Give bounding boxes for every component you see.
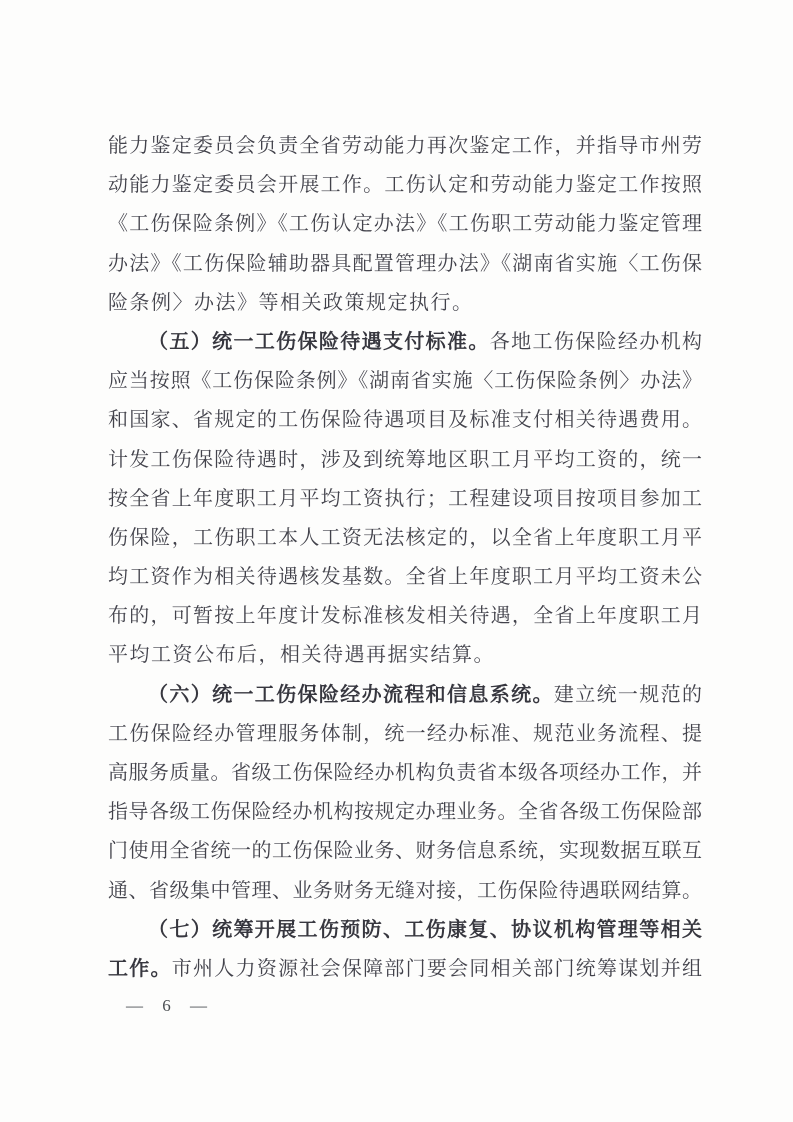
section-heading-text: （五）统一工伤保险待遇支付标准。 [148, 331, 490, 353]
page-number: — 6 — [126, 996, 208, 1016]
body-text: 按全省上年度职工月平均工资执行；工程建设项目按项目参加工 [108, 488, 702, 510]
text-line: 和国家、省规定的工伤保险待遇项目及标准支付相关待遇费用。 [108, 401, 702, 440]
text-line: 布的，可暂按上年度计发标准核发相关待遇，全省上年度职工月 [108, 597, 702, 636]
body-text: 能力鉴定委员会负责全省劳动能力再次鉴定工作，并指导市州劳 [108, 135, 702, 157]
body-text: 和国家、省规定的工伤保险待遇项目及标准支付相关待遇费用。 [108, 409, 702, 431]
section-heading-text: 工作。 [108, 958, 172, 980]
text-line: 动能力鉴定委员会开展工作。工伤认定和劳动能力鉴定工作按照 [108, 166, 702, 205]
text-line: 能力鉴定委员会负责全省劳动能力再次鉴定工作，并指导市州劳 [108, 127, 702, 166]
text-line: 均工资作为相关待遇核发基数。全省上年度职工月平均工资未公 [108, 558, 702, 597]
text-line: （五）统一工伤保险待遇支付标准。各地工伤保险经办机构 [108, 323, 702, 362]
body-text: 布的，可暂按上年度计发标准核发相关待遇，全省上年度职工月 [108, 605, 702, 627]
body-text: 《工伤保险条例》《工伤认定办法》《工伤职工劳动能力鉴定管理 [108, 213, 702, 235]
body-text: 动能力鉴定委员会开展工作。工伤认定和劳动能力鉴定工作按照 [108, 174, 702, 196]
section-heading-text: （七）统筹开展工伤预防、工伤康复、协议机构管理等相关 [148, 919, 702, 941]
body-text: 门使用全省统一的工伤保险业务、财务信息系统，实现数据互联互 [108, 840, 702, 862]
text-line: 《工伤保险条例》《工伤认定办法》《工伤职工劳动能力鉴定管理 [108, 205, 702, 244]
document-body: 能力鉴定委员会负责全省劳动能力再次鉴定工作，并指导市州劳动能力鉴定委员会开展工作… [108, 127, 702, 989]
body-text: 均工资作为相关待遇核发基数。全省上年度职工月平均工资未公 [108, 566, 702, 588]
body-text: 办法》《工伤保险辅助器具配置管理办法》《湖南省实施〈工伤保 [108, 253, 702, 275]
body-text: 高服务质量。省级工伤保险经办机构负责省本级各项经办工作，并 [108, 762, 702, 784]
body-text: 平均工资公布后，相关待遇再据实结算。 [108, 644, 495, 666]
text-line: 通、省级集中管理、业务财务无缝对接，工伤保险待遇联网结算。 [108, 872, 702, 911]
body-text: 应当按照《工伤保险条例》《湖南省实施〈工伤保险条例〉办法》 [108, 370, 702, 392]
text-line: 高服务质量。省级工伤保险经办机构负责省本级各项经办工作，并 [108, 754, 702, 793]
text-line: 工伤保险经办管理服务体制，统一经办标准、规范业务流程、提 [108, 715, 702, 754]
text-line: 伤保险，工伤职工本人工资无法核定的，以全省上年度职工月平 [108, 519, 702, 558]
text-line: 办法》《工伤保险辅助器具配置管理办法》《湖南省实施〈工伤保 [108, 245, 702, 284]
body-text: 各地工伤保险经办机构 [490, 331, 702, 353]
body-text: 伤保险，工伤职工本人工资无法核定的，以全省上年度职工月平 [108, 527, 702, 549]
text-line: 计发工伤保险待遇时，涉及到统筹地区职工月平均工资的，统一 [108, 441, 702, 480]
body-text: 指导各级工伤保险经办机构按规定办理业务。全省各级工伤保险部 [108, 801, 702, 823]
text-line: 门使用全省统一的工伤保险业务、财务信息系统，实现数据互联互 [108, 832, 702, 871]
body-text: 市州人力资源社会保障部门要会同相关部门统筹谋划并组 [172, 958, 702, 980]
body-text: 险条例〉办法》等相关政策规定执行。 [108, 292, 474, 314]
body-text: 通、省级集中管理、业务财务无缝对接，工伤保险待遇联网结算。 [108, 880, 702, 902]
text-line: 应当按照《工伤保险条例》《湖南省实施〈工伤保险条例〉办法》 [108, 362, 702, 401]
text-line: 平均工资公布后，相关待遇再据实结算。 [108, 636, 702, 675]
body-text: 工伤保险经办管理服务体制，统一经办标准、规范业务流程、提 [108, 723, 702, 745]
text-line: 险条例〉办法》等相关政策规定执行。 [108, 284, 702, 323]
section-heading-text: （六）统一工伤保险经办流程和信息系统。 [148, 684, 554, 706]
text-line: 工作。市州人力资源社会保障部门要会同相关部门统筹谋划并组 [108, 950, 702, 989]
text-line: 按全省上年度职工月平均工资执行；工程建设项目按项目参加工 [108, 480, 702, 519]
document-page: 能力鉴定委员会负责全省劳动能力再次鉴定工作，并指导市州劳动能力鉴定委员会开展工作… [0, 0, 793, 1122]
body-text: 建立统一规范的 [554, 684, 702, 706]
text-line: 指导各级工伤保险经办机构按规定办理业务。全省各级工伤保险部 [108, 793, 702, 832]
text-line: （七）统筹开展工伤预防、工伤康复、协议机构管理等相关 [108, 911, 702, 950]
body-text: 计发工伤保险待遇时，涉及到统筹地区职工月平均工资的，统一 [108, 449, 702, 471]
text-line: （六）统一工伤保险经办流程和信息系统。建立统一规范的 [108, 676, 702, 715]
